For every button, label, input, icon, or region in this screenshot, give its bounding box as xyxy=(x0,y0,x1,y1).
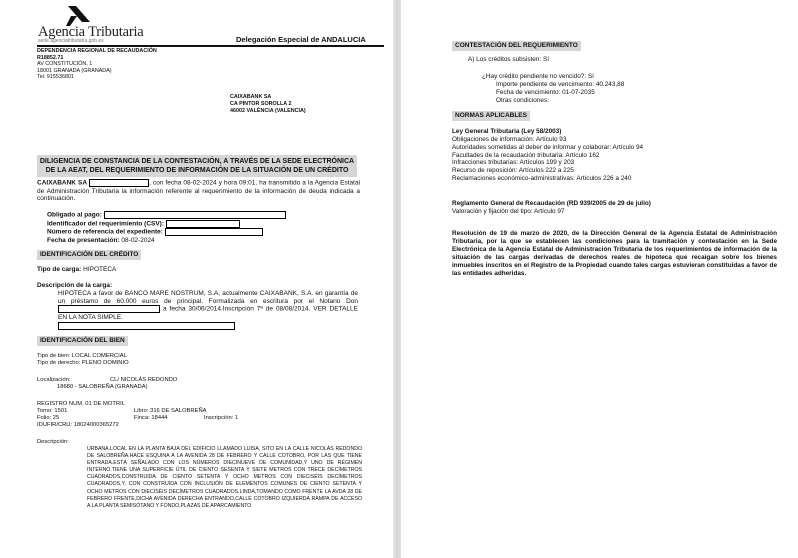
title-line-2: DE LA AEAT, DEL REQUERIMIENTO DE INFORMA… xyxy=(37,166,357,175)
redacted-box xyxy=(165,228,263,236)
redacted-box xyxy=(58,322,235,330)
sender-phone: Tel. 915536801 xyxy=(37,74,157,81)
otras-condiciones: Otras condiciones: xyxy=(496,97,549,105)
idufir: IDUFIR/CRU: 18024000365272 xyxy=(37,422,119,429)
redacted-box xyxy=(104,211,286,219)
folio: Folio: 25 xyxy=(37,415,59,422)
redacted-box xyxy=(89,179,149,187)
logo-url: sede.agenciatributaria.gob.es xyxy=(38,38,104,44)
tipo-carga-label: Tipo de carga: xyxy=(37,266,81,273)
lgt-item: Obligaciones de información: Artículo 93 xyxy=(452,136,643,144)
tipo-carga: Tipo de carga: HIPOTECA xyxy=(37,266,116,274)
tomo: Tomo: 1501 xyxy=(37,408,67,415)
recipient-block: CAIXABANK SA CA PINTOR SOROLLA 2 46002 V… xyxy=(230,94,306,115)
fecha-label: Fecha de presentación: xyxy=(47,237,120,244)
lgt-title: Ley General Tributaria (Ley 58/2003) xyxy=(452,128,561,136)
sender-department: DEPENDENCIA REGIONAL DE RECAUDACIÓN xyxy=(37,48,157,55)
finca: Finca: 18444 xyxy=(134,415,168,422)
desc-carga: HIPOTECA a favor de BANCO MARE NOSTRUM, … xyxy=(58,290,358,330)
document-title: DILIGENCIA DE CONSTANCIA DE LA CONTESTAC… xyxy=(37,155,357,177)
credito-pendiente: ¿Hay crédito pendiente no vencido?: Sí xyxy=(482,73,594,81)
creditos-subsisten: A) Los créditos subsisten: Sí xyxy=(468,56,549,64)
lgt-list: Obligaciones de información: Artículo 93… xyxy=(452,136,643,183)
recipient-name: CAIXABANK SA xyxy=(230,94,306,101)
desc-carga-label: Descripción de la carga: xyxy=(37,282,112,290)
lgt-item: Facultades de la recaudación tributaria:… xyxy=(452,152,643,160)
expediente-label: Número de referencia del expediente: xyxy=(47,229,163,236)
registro: REGISTRO NUM. 01 DE MOTRIL xyxy=(37,401,125,408)
importe-pendiente: Importe pendiente de vencimiento: 40.243… xyxy=(496,81,624,89)
section-normas: NORMAS APLICABLES xyxy=(452,111,530,121)
descripcion-label: Descripción: xyxy=(37,439,69,446)
obligado-label: Obligado al pago: xyxy=(47,212,102,219)
intro-paragraph: CAIXABANK SA , con fecha 08-02-2024 y ho… xyxy=(37,179,360,203)
localizacion-street: CL/ NICOLÁS REDONDO xyxy=(110,377,177,384)
desc-carga-part1: HIPOTECA a favor de BANCO MARE NOSTRUM, … xyxy=(58,290,358,305)
redacted-box xyxy=(166,220,240,228)
header-rule xyxy=(37,45,384,47)
lgt-item: Autoridades sometidas al deber de inform… xyxy=(452,144,643,152)
section-bien: IDENTIFICACIÓN DEL BIEN xyxy=(37,336,128,346)
localizacion-city: 18680 - SALOBREÑA (GRANADA) xyxy=(57,384,148,391)
delegation-title: Delegación Especial de ANDALUCIA xyxy=(236,35,366,44)
tipo-carga-value: HIPOTECA xyxy=(83,266,116,273)
request-fields: Obligado al pago: Identificador del requ… xyxy=(47,211,286,244)
page-separator xyxy=(393,0,401,558)
inscripcion: Inscripción: 1 xyxy=(204,415,238,422)
fecha-vencimiento: Fecha de vencimiento: 01-07-2035 xyxy=(496,89,595,97)
rgr-item: Valoración y fijación del tipo: Artículo… xyxy=(452,208,565,216)
redacted-box xyxy=(58,305,160,313)
tipo-bien: Tipo de bien: LOCAL COMERCIAL xyxy=(37,353,127,360)
rgr-title: Reglamento General de Recaudación (RD 93… xyxy=(452,200,651,208)
descripcion-bien: URBANA.LOCAL EN LA PLANTA BAJA DEL EDIFI… xyxy=(87,446,362,510)
sender-block: DEPENDENCIA REGIONAL DE RECAUDACIÓN R188… xyxy=(37,48,157,81)
fecha-value: 08-02-2024 xyxy=(121,237,154,244)
intro-entity: CAIXABANK SA xyxy=(37,180,87,187)
section-credito: IDENTIFICACIÓN DEL CRÉDITO xyxy=(37,250,141,260)
recipient-street: CA PINTOR SOROLLA 2 xyxy=(230,101,306,108)
csv-label: Identificador del requerimiento (CSV): xyxy=(47,220,164,227)
resolucion-paragraph: Resolución de 19 de marzo de 2020, de la… xyxy=(452,230,777,278)
recipient-city: 46002 VALÈNCIA (VALENCIA) xyxy=(230,108,306,115)
section-contestacion: CONTESTACIÓN DEL REQUERIMIENTO xyxy=(452,41,581,51)
title-line-1: DILIGENCIA DE CONSTANCIA DE LA CONTESTAC… xyxy=(37,157,357,166)
libro: Libro: 316 DE SALOBREÑA xyxy=(134,408,207,415)
localizacion-label: Localización: xyxy=(37,377,71,384)
lgt-item: Reclamaciones económico-administrativas:… xyxy=(452,175,643,183)
tipo-derecho: Tipo de derecho: PLENO DOMINIO xyxy=(37,360,129,367)
lgt-item: Infracciones tributarias: Artículos 199 … xyxy=(452,159,643,167)
lgt-item: Recurso de reposición: Artículos 222 a 2… xyxy=(452,167,643,175)
